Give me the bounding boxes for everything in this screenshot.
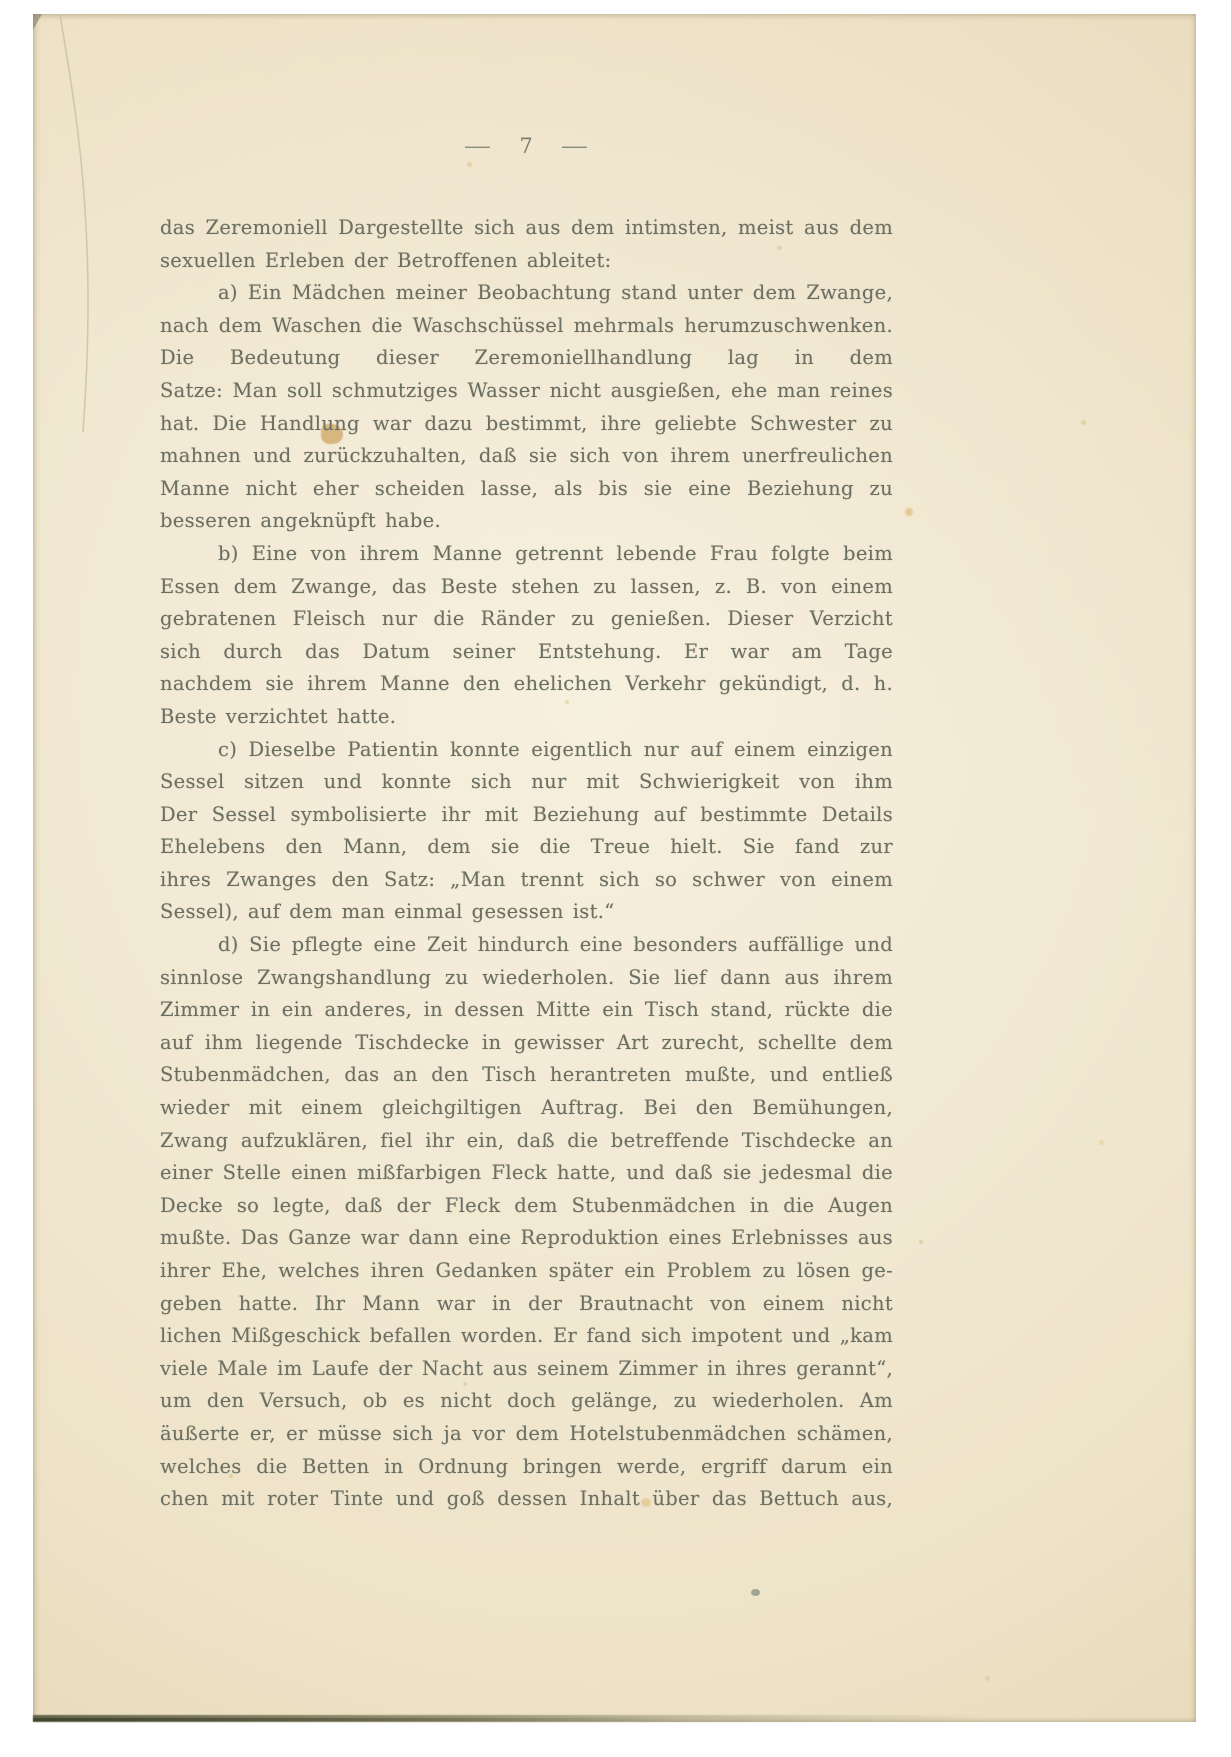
page-number: 7 [519,134,533,158]
paper-freckle [1081,420,1086,425]
header-left-dash: — [464,134,493,158]
paper-stain [905,508,913,516]
text-line: wieder mit einem gleichgiltigen Auftrag.… [160,1092,893,1125]
text-line: sich durch das Datum seiner Entstehung. … [160,636,893,669]
text-line: chen mit roter Tinte und goß dessen Inha… [160,1483,893,1516]
text-line: ihrer Ehe, welches ihren Gedanken später… [160,1255,893,1288]
text-line: gebratenen Fleisch nur die Ränder zu gen… [160,603,893,636]
text-line: auf ihm liegende Tischdecke in gewisser … [160,1027,893,1060]
text-line: Der Sessel symbolisierte ihr mit Beziehu… [160,799,893,832]
text-line: hat. Die Handlung war dazu bestimmt, ihr… [160,408,893,441]
paper-freckle [467,162,472,167]
paragraph: das Zeremoniell Dargestellte sich aus de… [160,212,893,277]
text-line: Sessel), auf dem man einmal gesessen ist… [160,896,893,929]
text-line: viele Male im Laufe der Nacht aus seinem… [160,1353,893,1386]
text-line: Zimmer in ein anderes, in dessen Mitte e… [160,994,893,1027]
text-line: nachdem sie ihrem Manne den ehelichen Ve… [160,668,893,701]
paragraph: d) Sie pflegte eine Zeit hindurch eine b… [160,929,893,1516]
text-line: d) Sie pflegte eine Zeit hindurch eine b… [160,929,893,962]
text-body: das Zeremoniell Dargestellte sich aus de… [160,212,893,1516]
paragraph: b) Eine von ihrem Manne getrennt lebende… [160,538,893,734]
paragraph: c) Dieselbe Patientin konnte eigentlich … [160,734,893,930]
corner-fold-mark [33,14,42,30]
text-line: Die Bedeutung dieser Zeremoniellhandlung… [160,342,893,375]
text-line: lichen Mißgeschick befallen worden. Er f… [160,1320,893,1353]
text-line: Satze: Man soll schmutziges Wasser nicht… [160,375,893,408]
text-line: Sessel sitzen und konnte sich nur mit Sc… [160,766,893,799]
text-line: b) Eine von ihrem Manne getrennt lebende… [160,538,893,571]
text-line: mahnen und zurückzuhalten, daß sie sich … [160,440,893,473]
paper-freckle [919,1240,923,1244]
text-line: das Zeremoniell Dargestellte sich aus de… [160,212,893,245]
text-line: Zwang aufzuklären, fiel ihr ein, daß die… [160,1125,893,1158]
text-line: sexuellen Erleben der Betroffenen ableit… [160,245,893,278]
text-line: Decke so legte, daß der Fleck dem Stuben… [160,1190,893,1223]
text-line: Ehelebens den Mann, dem sie die Treue hi… [160,831,893,864]
text-line: mußte. Das Ganze war dann eine Reprodukt… [160,1222,893,1255]
text-line: nach dem Waschen die Waschschüssel mehrm… [160,310,893,343]
text-line: geben hatte. Ihr Mann war in der Brautna… [160,1288,893,1321]
text-line: einer Stelle einen mißfarbigen Fleck hat… [160,1157,893,1190]
text-line: c) Dieselbe Patientin konnte eigentlich … [160,734,893,767]
text-line: welches die Betten in Ordnung bringen we… [160,1451,893,1484]
page-bottom-edge-core [33,1718,673,1721]
text-line: Manne nicht eher scheiden lasse, als bis… [160,473,893,506]
page-header: —7— [160,134,893,158]
scan-background: —7— das Zeremoniell Dargestellte sich au… [0,0,1231,1757]
text-line: ihres Zwanges den Satz: „Man trennt sich… [160,864,893,897]
paper-freckle [985,1676,990,1681]
text-line: äußerte er, er müsse sich ja vor dem Hot… [160,1418,893,1451]
text-line: Beste verzichtet hatte. [160,701,893,734]
text-line: a) Ein Mädchen meiner Beobachtung stand … [160,277,893,310]
scanned-page: —7— das Zeremoniell Dargestellte sich au… [33,14,1196,1722]
text-line: Stubenmädchen, das an den Tisch herantre… [160,1059,893,1092]
paper-speck [751,1589,760,1596]
header-right-dash: — [560,134,589,158]
text-line: sinnlose Zwangshandlung zu wiederholen. … [160,962,893,995]
text-line: um den Versuch, ob es nicht doch gelänge… [160,1385,893,1418]
paragraph: a) Ein Mädchen meiner Beobachtung stand … [160,277,893,538]
text-line: Essen dem Zwange, das Beste stehen zu la… [160,571,893,604]
paper-freckle [1099,1140,1104,1145]
text-line: besseren angeknüpft habe. [160,505,893,538]
